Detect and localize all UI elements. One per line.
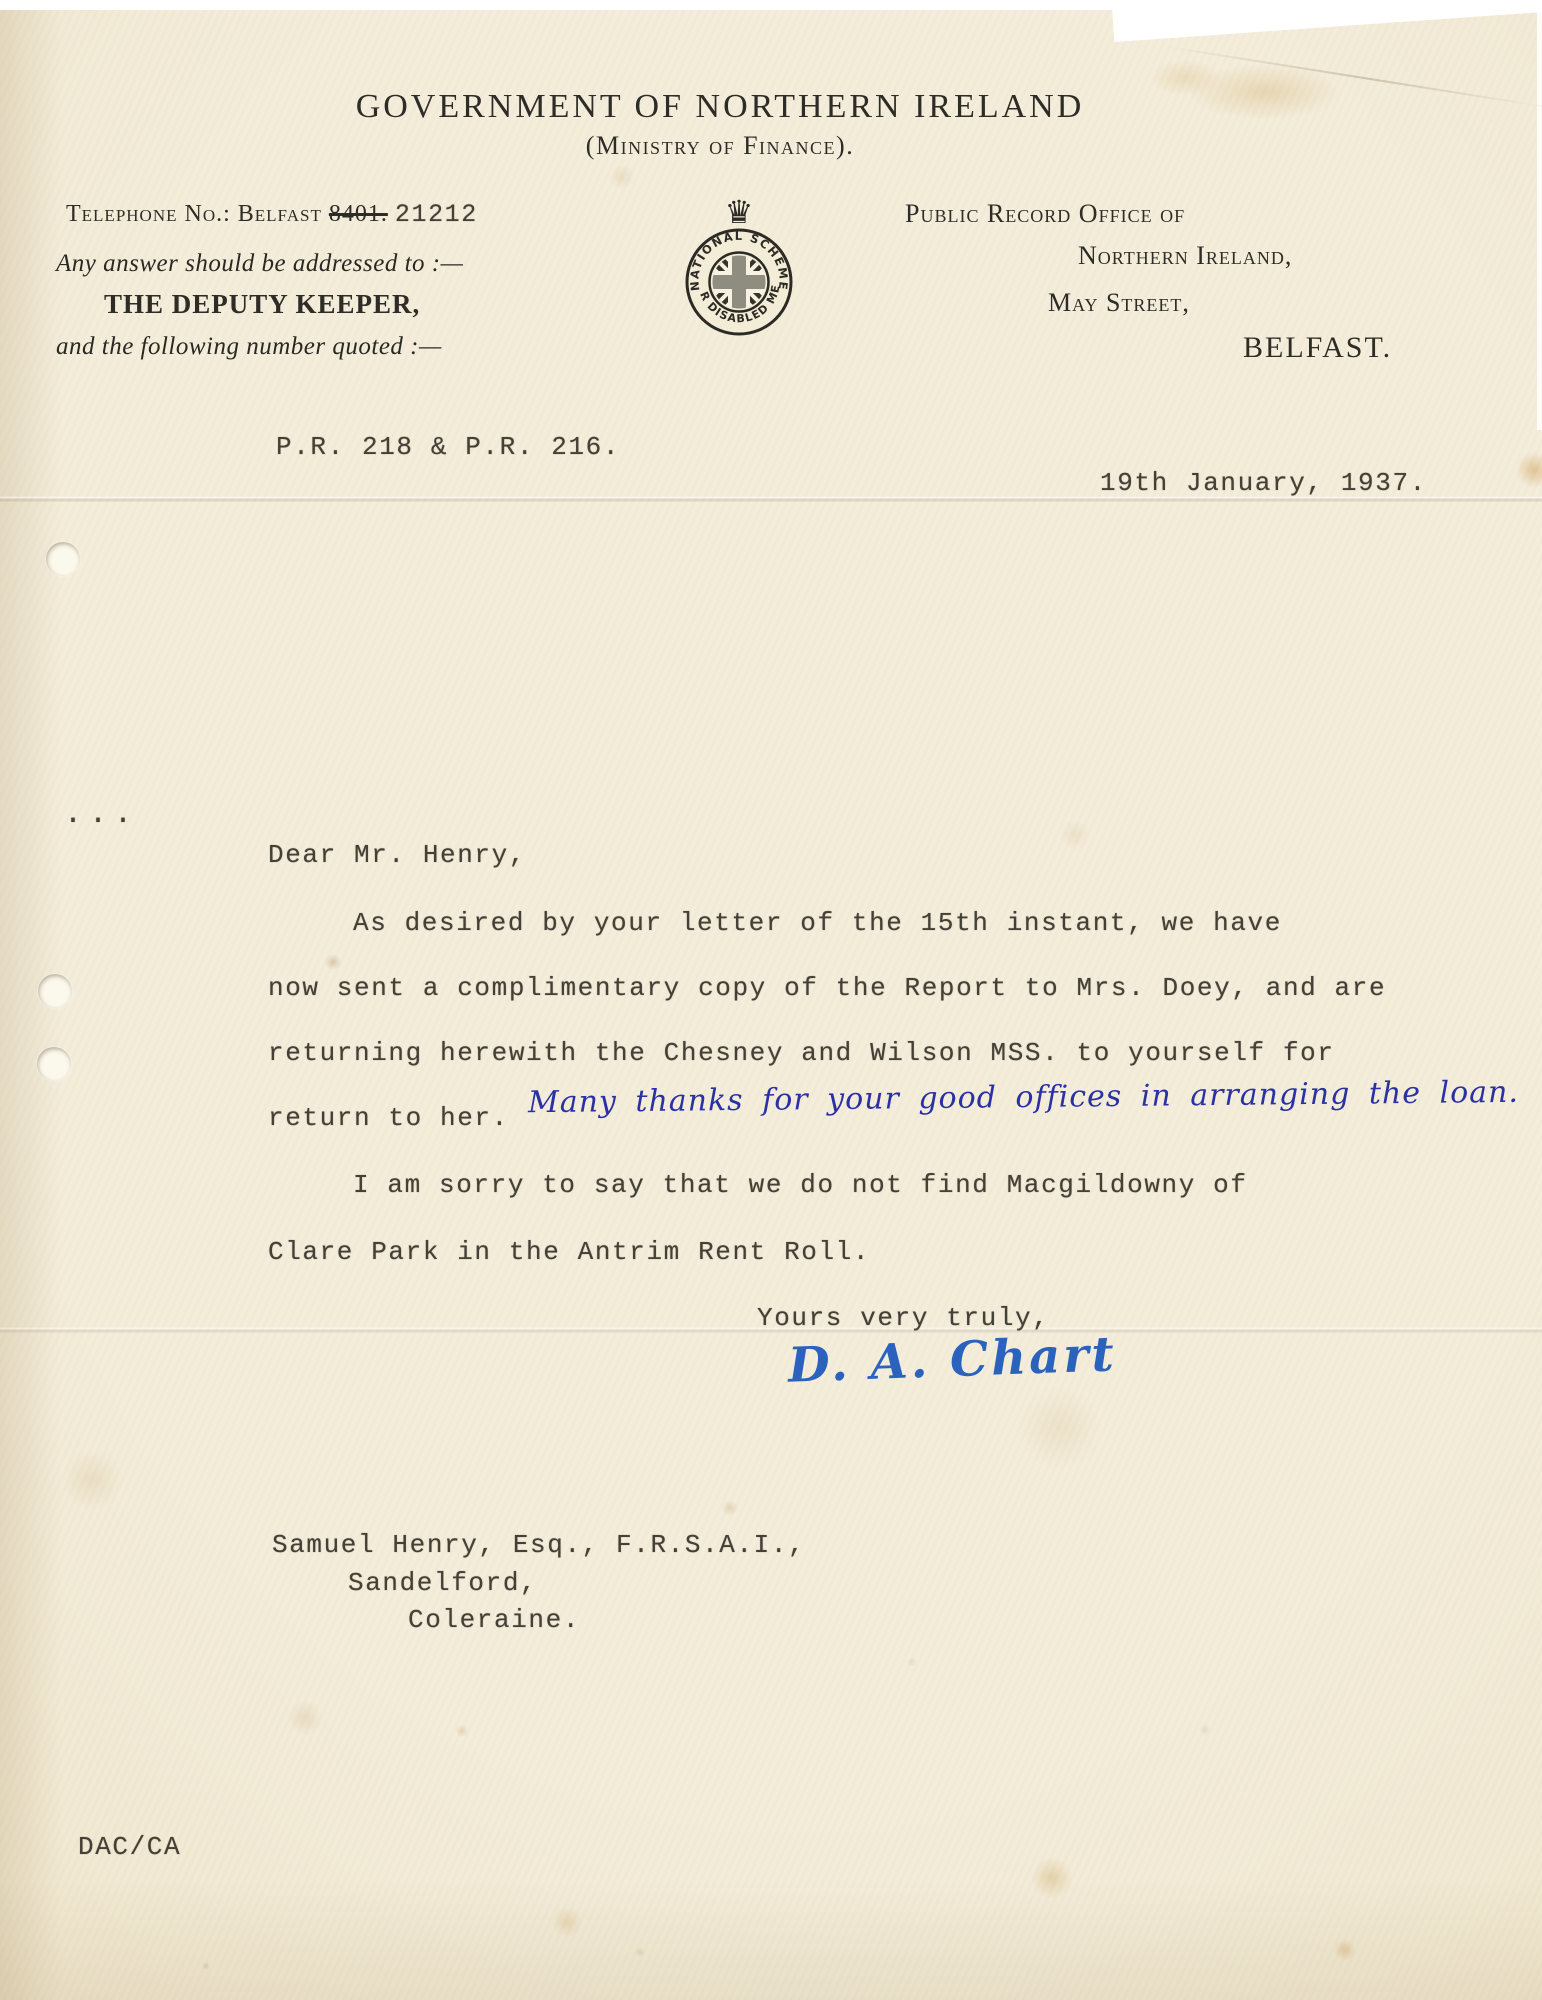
office-line-4: BELFAST.	[1243, 331, 1392, 365]
body-line: Clare Park in the Antrim Rent Roll.	[268, 1237, 870, 1267]
punch-hole	[38, 974, 72, 1008]
telephone-old-number: 8401.	[329, 201, 388, 227]
answer-note: Any answer should be addressed to :—	[56, 250, 463, 278]
org-title: GOVERNMENT OF NORTHERN IRELAND	[140, 88, 1300, 126]
telephone-new-number: 21212	[395, 200, 478, 229]
punch-hole	[46, 542, 80, 576]
letter-scan: GOVERNMENT OF NORTHERN IRELAND (Ministry…	[0, 0, 1542, 2000]
scan-edge-right	[1537, 0, 1542, 430]
punch-hole	[37, 1047, 71, 1081]
recipient-line-2: Sandelford,	[348, 1568, 537, 1598]
reference-number: P.R. 218 & P.R. 216.	[276, 432, 620, 462]
body-line: returning herewith the Chesney and Wilso…	[268, 1038, 1335, 1068]
letter-date: 19th January, 1937.	[1100, 468, 1427, 498]
deputy-keeper-line: THE DEPUTY KEEPER,	[104, 289, 420, 320]
disabled-men-badge-icon: ♛	[674, 192, 804, 342]
footer-initials: DAC/CA	[78, 1832, 181, 1862]
scan-edge-corner	[1111, 0, 1542, 42]
body-line: return to her.	[268, 1103, 509, 1133]
salutation: Dear Mr. Henry,	[268, 840, 526, 870]
quote-note: and the following number quoted :—	[56, 333, 442, 361]
office-line-1: Public Record Office of	[905, 199, 1185, 229]
body-line: I am sorry to say that we do not find Ma…	[353, 1170, 1248, 1200]
recipient-line-3: Coleraine.	[408, 1605, 580, 1635]
office-line-2: Northern Ireland,	[1078, 241, 1292, 271]
crown-icon: ♛	[725, 193, 754, 231]
margin-dots: ...	[64, 798, 139, 832]
recipient-line-1: Samuel Henry, Esq., F.R.S.A.I.,	[272, 1530, 805, 1560]
signature: D. A. Chart	[787, 1326, 1117, 1393]
body-line: now sent a complimentary copy of the Rep…	[268, 973, 1386, 1003]
telephone-line: Telephone No.: Belfast 8401. 21212	[66, 200, 478, 229]
handwritten-annotation: Many thanks for your good offices in arr…	[528, 1075, 1519, 1120]
office-line-3: May Street,	[1048, 288, 1190, 318]
body-line: As desired by your letter of the 15th in…	[353, 908, 1282, 938]
telephone-label: Telephone No.: Belfast	[66, 201, 322, 227]
closing: Yours very truly,	[757, 1303, 1049, 1333]
dept-subtitle: (Ministry of Finance).	[140, 131, 1300, 161]
national-scheme-badge: ♛	[674, 192, 804, 347]
